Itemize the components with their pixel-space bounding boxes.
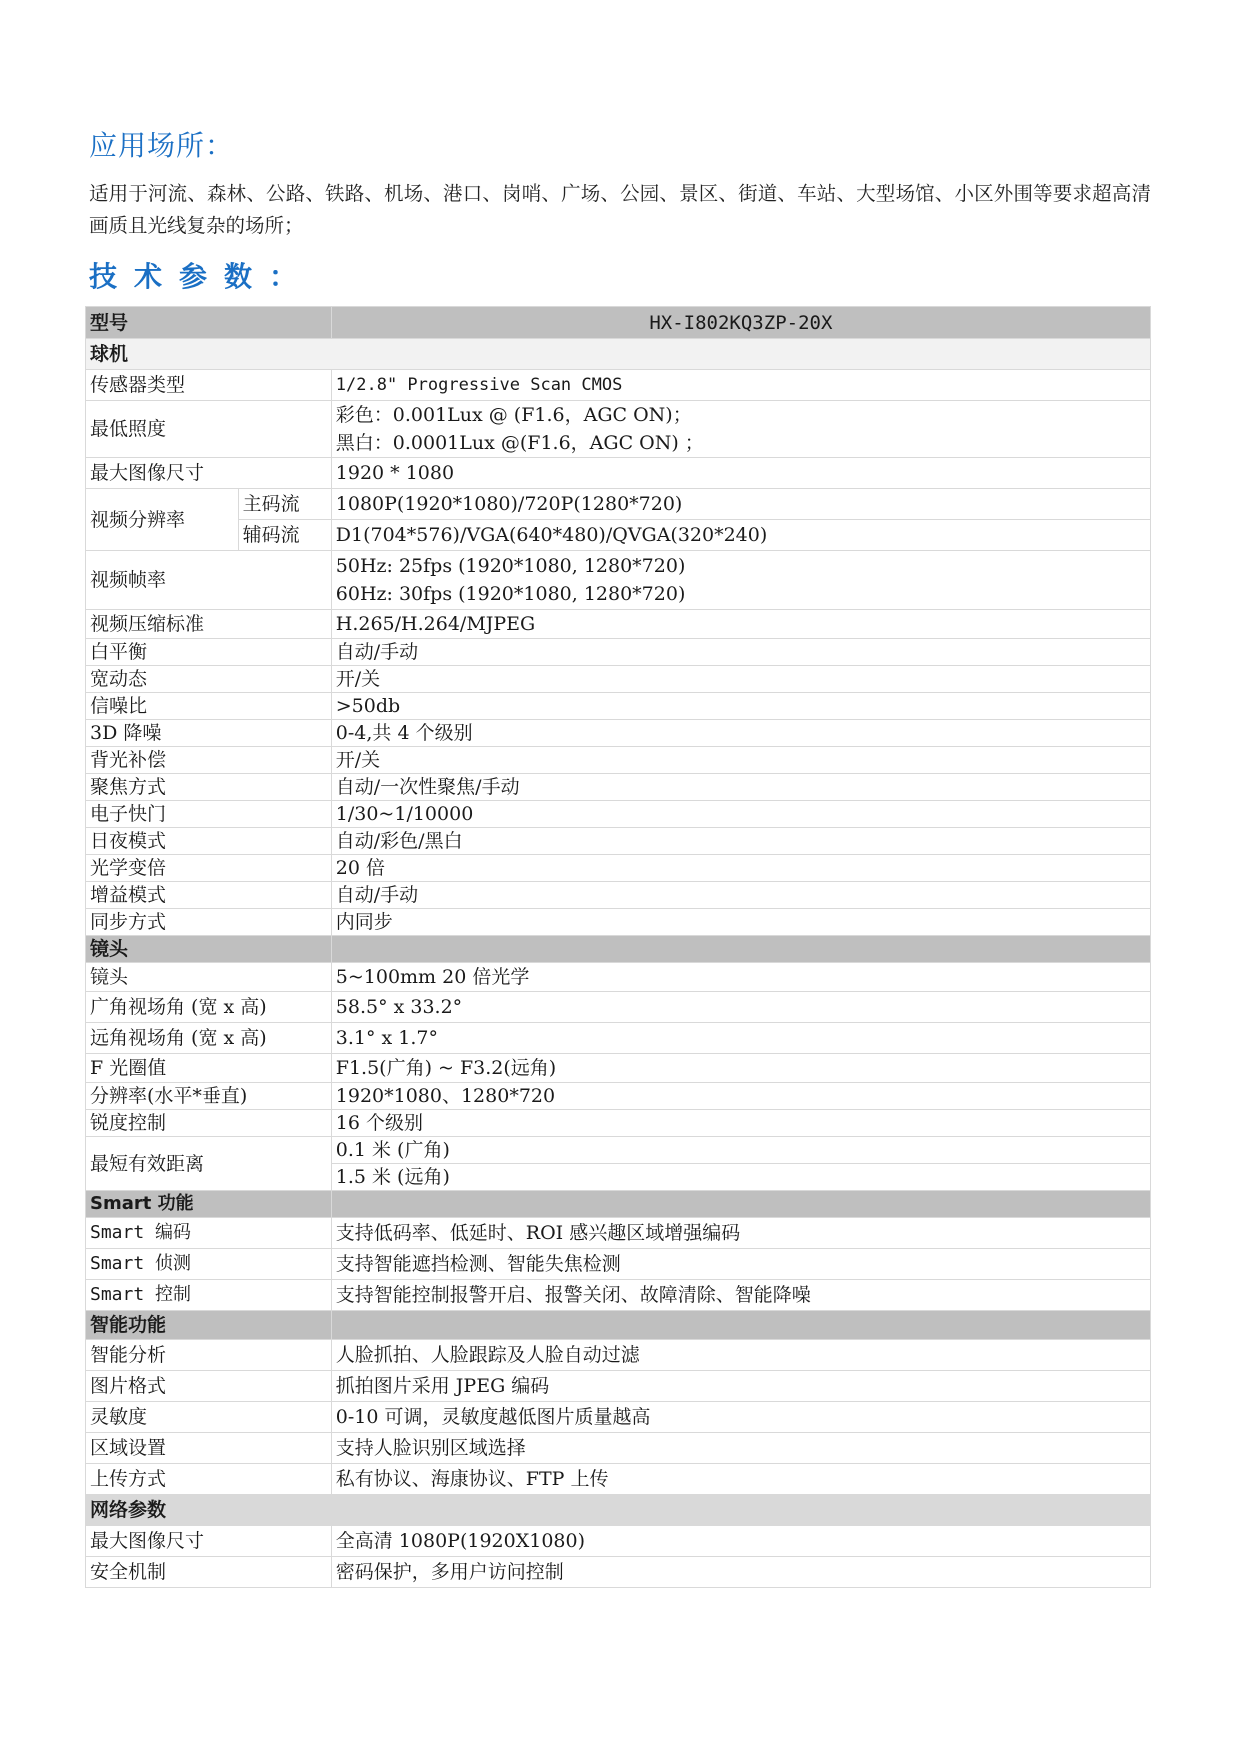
- row-label: Smart 编码: [86, 1218, 332, 1249]
- row-label: 最大图像尺寸: [86, 1526, 332, 1557]
- section-title: 网络参数: [86, 1495, 332, 1526]
- row-label: 最大图像尺寸: [86, 458, 332, 489]
- sub-label: 主码流: [238, 489, 331, 520]
- row-label: 远角视场角 (宽 x 高): [86, 1023, 332, 1054]
- row-value: 58.5° x 33.2°: [331, 992, 1150, 1023]
- row-label: 电子快门: [86, 801, 332, 828]
- row-value: 1920*1080、1280*720: [331, 1083, 1150, 1110]
- row-label: 灵敏度: [86, 1402, 332, 1433]
- row-value: H.265/H.264/MJPEG: [331, 610, 1150, 639]
- row-label: 最短有效距离: [86, 1137, 332, 1191]
- section-intelligent: 智能功能: [86, 1311, 1151, 1340]
- section-title: 镜头: [86, 936, 332, 963]
- row-label: 传感器类型: [86, 370, 332, 401]
- table-row: 增益模式 自动/手动: [86, 882, 1151, 909]
- value-line: 彩色：0.001Lux @ (F1.6，AGC ON)；: [336, 401, 1146, 429]
- row-value: F1.5(广角) ~ F3.2(远角): [331, 1054, 1150, 1083]
- table-row: 视频分辨率 主码流 1080P(1920*1080)/720P(1280*720…: [86, 489, 1151, 520]
- table-row: 最短有效距离 0.1 米 (广角): [86, 1137, 1151, 1164]
- row-label: 增益模式: [86, 882, 332, 909]
- row-value: 1.5 米 (远角): [331, 1164, 1150, 1191]
- row-value: 支持人脸识别区域选择: [331, 1433, 1150, 1464]
- row-value: 3.1° x 1.7°: [331, 1023, 1150, 1054]
- row-value: 50Hz: 25fps (1920*1080, 1280*720) 60Hz: …: [331, 551, 1150, 610]
- row-value: 支持低码率、低延时、ROI 感兴趣区域增强编码: [331, 1218, 1150, 1249]
- row-label: 视频分辨率: [86, 489, 239, 551]
- table-row: 图片格式 抓拍图片采用 JPEG 编码: [86, 1371, 1151, 1402]
- section-empty-cell: [331, 1495, 1150, 1526]
- row-label: 上传方式: [86, 1464, 332, 1495]
- section-title: 球机: [86, 339, 1151, 370]
- table-row: 白平衡 自动/手动: [86, 639, 1151, 666]
- row-label: 同步方式: [86, 909, 332, 936]
- row-value: >50db: [331, 693, 1150, 720]
- table-row: 电子快门 1/30~1/10000: [86, 801, 1151, 828]
- row-value: 密码保护，多用户访问控制: [331, 1557, 1150, 1588]
- table-row: Smart 控制 支持智能控制报警开启、报警关闭、故障清除、智能降噪: [86, 1280, 1151, 1311]
- row-label: 锐度控制: [86, 1110, 332, 1137]
- row-value: 自动/手动: [331, 882, 1150, 909]
- table-row: 传感器类型 1/2.8" Progressive Scan CMOS: [86, 370, 1151, 401]
- row-label: F 光圈值: [86, 1054, 332, 1083]
- row-label: 宽动态: [86, 666, 332, 693]
- table-row: 最大图像尺寸 全高清 1080P(1920X1080): [86, 1526, 1151, 1557]
- row-label: 视频帧率: [86, 551, 332, 610]
- table-row: 聚焦方式 自动/一次性聚焦/手动: [86, 774, 1151, 801]
- model-label: 型号: [86, 307, 332, 339]
- row-value: 开/关: [331, 666, 1150, 693]
- row-value: 1/2.8" Progressive Scan CMOS: [331, 370, 1150, 401]
- section-title: Smart 功能: [86, 1191, 332, 1218]
- row-value: 0.1 米 (广角): [331, 1137, 1150, 1164]
- row-label: 背光补偿: [86, 747, 332, 774]
- row-value: 5~100mm 20 倍光学: [331, 963, 1150, 992]
- row-label: Smart 控制: [86, 1280, 332, 1311]
- row-value: 抓拍图片采用 JPEG 编码: [331, 1371, 1150, 1402]
- section-title: 智能功能: [86, 1311, 332, 1340]
- section-empty-cell: [331, 1191, 1150, 1218]
- row-label: 白平衡: [86, 639, 332, 666]
- row-label: 智能分析: [86, 1340, 332, 1371]
- row-value: 自动/手动: [331, 639, 1150, 666]
- table-row: 最大图像尺寸 1920 * 1080: [86, 458, 1151, 489]
- row-label: 最低照度: [86, 401, 332, 458]
- row-label: Smart 侦测: [86, 1249, 332, 1280]
- table-row: 分辨率(水平*垂直) 1920*1080、1280*720: [86, 1083, 1151, 1110]
- model-row: 型号 HX-I802KQ3ZP-20X: [86, 307, 1151, 339]
- row-label: 区域设置: [86, 1433, 332, 1464]
- sub-label: 辅码流: [238, 520, 331, 551]
- application-text: 适用于河流、森林、公路、铁路、机场、港口、岗哨、广场、公园、景区、街道、车站、大…: [89, 178, 1151, 242]
- row-value: 1/30~1/10000: [331, 801, 1150, 828]
- section-empty-cell: [331, 1311, 1150, 1340]
- table-row: 光学变倍 20 倍: [86, 855, 1151, 882]
- value-line: 黑白：0.0001Lux @(F1.6，AGC ON) ；: [336, 429, 1146, 457]
- value-line: 60Hz: 30fps (1920*1080, 1280*720): [336, 580, 1146, 608]
- table-row: F 光圈值 F1.5(广角) ~ F3.2(远角): [86, 1054, 1151, 1083]
- row-label: 聚焦方式: [86, 774, 332, 801]
- row-value: 0-4,共 4 个级别: [331, 720, 1150, 747]
- row-label: 镜头: [86, 963, 332, 992]
- row-value: 支持智能遮挡检测、智能失焦检测: [331, 1249, 1150, 1280]
- row-value: 支持智能控制报警开启、报警关闭、故障清除、智能降噪: [331, 1280, 1150, 1311]
- row-value: 开/关: [331, 747, 1150, 774]
- row-label: 3D 降噪: [86, 720, 332, 747]
- row-value: 自动/一次性聚焦/手动: [331, 774, 1150, 801]
- row-value: 16 个级别: [331, 1110, 1150, 1137]
- model-value: HX-I802KQ3ZP-20X: [331, 307, 1150, 339]
- row-value: 20 倍: [331, 855, 1150, 882]
- table-row: 区域设置 支持人脸识别区域选择: [86, 1433, 1151, 1464]
- specs-heading: 技术参数：: [89, 255, 314, 295]
- table-row: 安全机制 密码保护，多用户访问控制: [86, 1557, 1151, 1588]
- table-row: 智能分析 人脸抓拍、人脸跟踪及人脸自动过滤: [86, 1340, 1151, 1371]
- row-value: 内同步: [331, 909, 1150, 936]
- table-row: 3D 降噪 0-4,共 4 个级别: [86, 720, 1151, 747]
- table-row: Smart 编码 支持低码率、低延时、ROI 感兴趣区域增强编码: [86, 1218, 1151, 1249]
- table-row: 背光补偿 开/关: [86, 747, 1151, 774]
- section-dome: 球机: [86, 339, 1151, 370]
- section-empty-cell: [331, 936, 1150, 963]
- table-row: 宽动态 开/关: [86, 666, 1151, 693]
- row-value: 1920 * 1080: [331, 458, 1150, 489]
- table-row: 上传方式 私有协议、海康协议、FTP 上传: [86, 1464, 1151, 1495]
- table-row: 广角视场角 (宽 x 高) 58.5° x 33.2°: [86, 992, 1151, 1023]
- row-value: 1080P(1920*1080)/720P(1280*720): [331, 489, 1150, 520]
- table-row: 同步方式 内同步: [86, 909, 1151, 936]
- row-label: 日夜模式: [86, 828, 332, 855]
- row-value: 彩色：0.001Lux @ (F1.6，AGC ON)； 黑白：0.0001Lu…: [331, 401, 1150, 458]
- row-label: 分辨率(水平*垂直): [86, 1083, 332, 1110]
- table-row: 视频帧率 50Hz: 25fps (1920*1080, 1280*720) 6…: [86, 551, 1151, 610]
- row-label: 光学变倍: [86, 855, 332, 882]
- table-row: 辅码流 D1(704*576)/VGA(640*480)/QVGA(320*24…: [86, 520, 1151, 551]
- row-value: D1(704*576)/VGA(640*480)/QVGA(320*240): [331, 520, 1150, 551]
- row-label: 视频压缩标准: [86, 610, 332, 639]
- row-label: 图片格式: [86, 1371, 332, 1402]
- table-row: 信噪比 >50db: [86, 693, 1151, 720]
- table-row: 锐度控制 16 个级别: [86, 1110, 1151, 1137]
- table-row: 镜头 5~100mm 20 倍光学: [86, 963, 1151, 992]
- table-row: 最低照度 彩色：0.001Lux @ (F1.6，AGC ON)； 黑白：0.0…: [86, 401, 1151, 458]
- row-label: 安全机制: [86, 1557, 332, 1588]
- row-value: 私有协议、海康协议、FTP 上传: [331, 1464, 1150, 1495]
- row-label: 信噪比: [86, 693, 332, 720]
- row-value: 全高清 1080P(1920X1080): [331, 1526, 1150, 1557]
- section-lens: 镜头: [86, 936, 1151, 963]
- table-row: 灵敏度 0-10 可调，灵敏度越低图片质量越高: [86, 1402, 1151, 1433]
- spec-table: 型号 HX-I802KQ3ZP-20X 球机 传感器类型 1/2.8" Prog…: [85, 306, 1151, 1588]
- table-row: 远角视场角 (宽 x 高) 3.1° x 1.7°: [86, 1023, 1151, 1054]
- section-smart: Smart 功能: [86, 1191, 1151, 1218]
- table-row: Smart 侦测 支持智能遮挡检测、智能失焦检测: [86, 1249, 1151, 1280]
- row-value: 人脸抓拍、人脸跟踪及人脸自动过滤: [331, 1340, 1150, 1371]
- value-line: 50Hz: 25fps (1920*1080, 1280*720): [336, 552, 1146, 580]
- section-network: 网络参数: [86, 1495, 1151, 1526]
- table-row: 日夜模式 自动/彩色/黑白: [86, 828, 1151, 855]
- application-heading: 应用场所：: [89, 124, 234, 164]
- row-value: 自动/彩色/黑白: [331, 828, 1150, 855]
- row-label: 广角视场角 (宽 x 高): [86, 992, 332, 1023]
- row-value: 0-10 可调，灵敏度越低图片质量越高: [331, 1402, 1150, 1433]
- table-row: 视频压缩标准 H.265/H.264/MJPEG: [86, 610, 1151, 639]
